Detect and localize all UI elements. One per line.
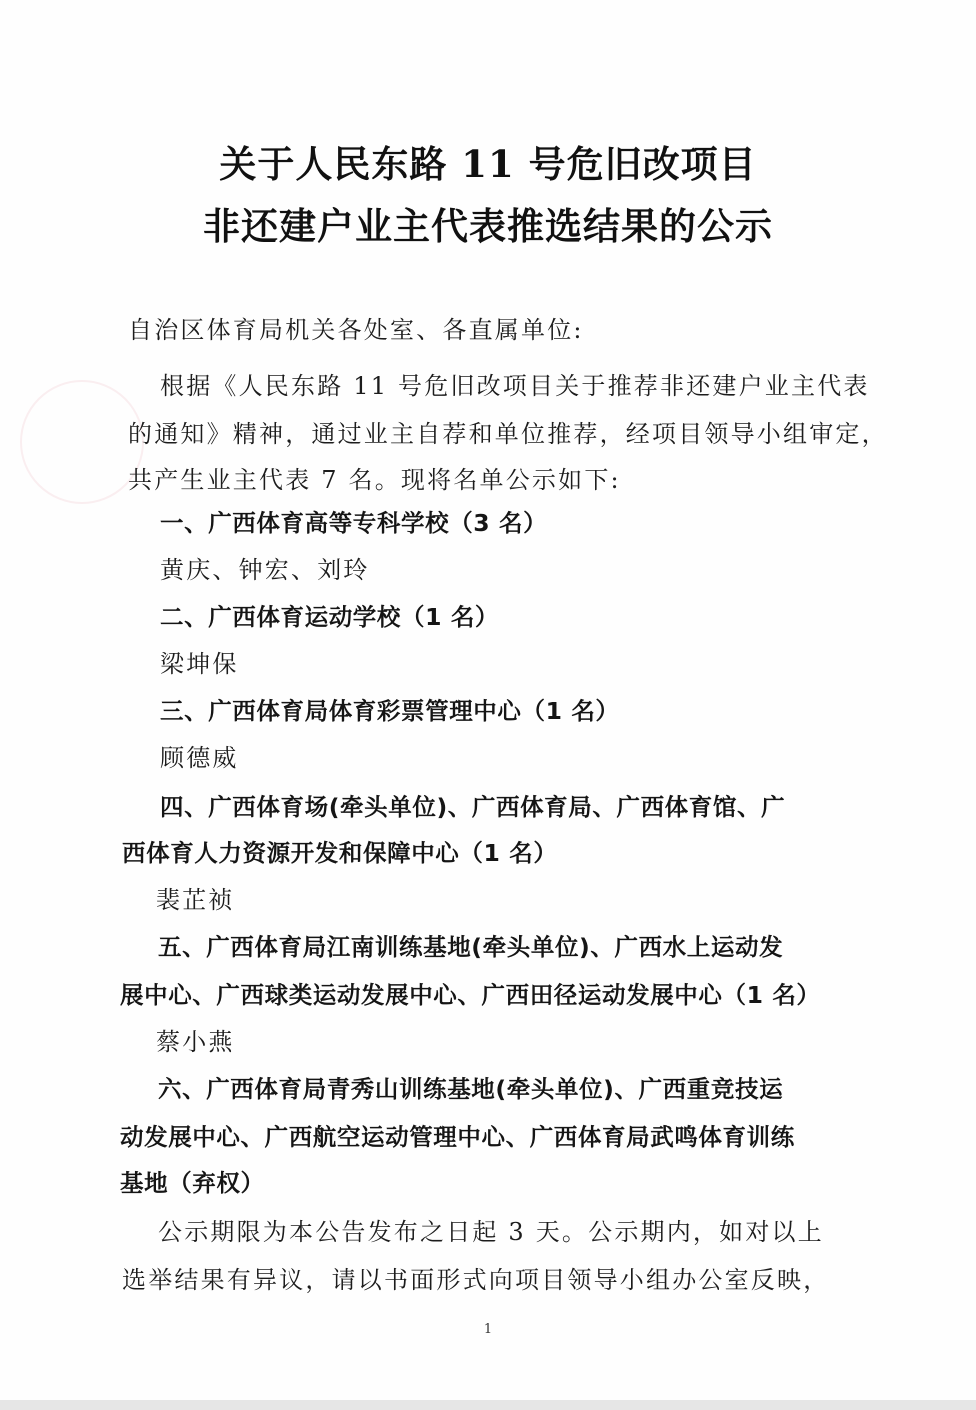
section-6-heading-line-1: 六、广西体育局青秀山训练基地(牵头单位)、广西重竞技运	[158, 1070, 783, 1104]
section-5-heading-line-2: 展中心、广西球类运动发展中心、广西田径运动发展中心（1 名）	[120, 976, 821, 1010]
section-1-names: 黄庆、钟宏、刘玲	[160, 550, 370, 585]
closing-line-1: 公示期限为本公告发布之日起 3 天。公示期内，如对以上	[158, 1212, 824, 1247]
faint-seal-stamp	[20, 380, 144, 504]
section-5-heading-line-1: 五、广西体育局江南训练基地(牵头单位)、广西水上运动发	[158, 928, 783, 962]
section-3-heading: 三、广西体育局体育彩票管理中心（1 名）	[160, 692, 620, 726]
page-number: 1	[0, 1322, 976, 1337]
section-1-heading: 一、广西体育高等专科学校（3 名）	[160, 504, 547, 538]
section-4-heading-line-2: 西体育人力资源开发和保障中心（1 名）	[122, 834, 557, 868]
section-6-heading-line-2: 动发展中心、广西航空运动管理中心、广西体育局武鸣体育训练	[120, 1118, 795, 1152]
section-5-names: 蔡小燕	[156, 1022, 235, 1057]
document-page: 关于人民东路 11 号危旧改项目 非还建户业主代表推选结果的公示 自治区体育局机…	[0, 0, 976, 1400]
document-title-line-2: 非还建户业主代表推选结果的公示	[0, 196, 976, 250]
section-4-names: 裴芷祯	[156, 880, 235, 915]
section-2-names: 梁坤保	[160, 644, 239, 679]
closing-line-2: 选举结果有异议，请以书面形式向项目领导小组办公室反映，	[122, 1260, 829, 1295]
section-3-names: 顾德威	[160, 738, 239, 773]
section-6-heading-line-3: 基地（弃权）	[120, 1164, 265, 1198]
document-title-line-1: 关于人民东路 11 号危旧改项目	[0, 134, 976, 188]
salutation: 自治区体育局机关各处室、各直属单位:	[128, 310, 584, 345]
section-2-heading: 二、广西体育运动学校（1 名）	[160, 598, 499, 632]
section-4-heading-line-1: 四、广西体育场(牵头单位)、广西体育局、广西体育馆、广	[160, 788, 785, 822]
intro-line-3: 共产生业主代表 7 名。现将名单公示如下:	[128, 460, 621, 495]
intro-line-2: 的通知》精神，通过业主自荐和单位推荐，经项目领导小组审定，	[128, 414, 888, 449]
page-bottom-edge	[0, 1400, 976, 1410]
intro-line-1: 根据《人民东路 11 号危旧改项目关于推荐非还建户业主代表	[160, 366, 870, 401]
